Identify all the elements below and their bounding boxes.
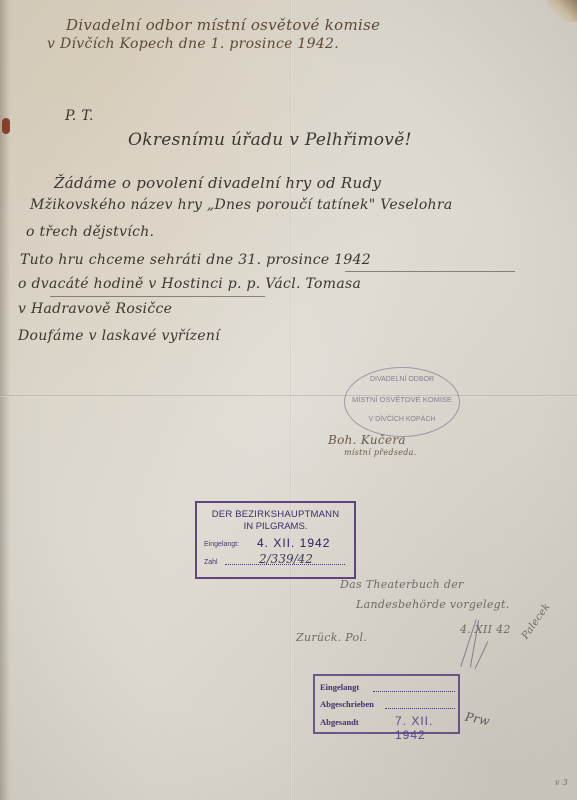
receipt-stamp-line-1: DER BEZIRKSHAUPTMANN (197, 509, 354, 520)
fold-line-horizontal (0, 395, 577, 397)
annotation-line-2: Landesbehörde vorgelegt. (356, 598, 510, 611)
closing-line: Doufáme v laskavé vyřízení (18, 328, 220, 344)
body-line-4: Tuto hru chceme sehráti dne 31. prosince… (20, 252, 371, 268)
salutation: P. T. (65, 108, 94, 124)
annotation-line-3-left: Zurück. Pol. (296, 631, 367, 644)
receipt-stamp-bezirkshauptmann: DER BEZIRKSHAUPTMANN IN PILGRAMS. Eingel… (195, 501, 356, 579)
received-date: 4. XII. 1942 (257, 536, 330, 550)
oval-stamp-line-2: MÍSTNÍ OSVĚTOVÉ KOMISE (345, 395, 459, 404)
dispatch-row-1-line (373, 691, 455, 692)
body-line-5: o dvacáté hodině v Hostinci p. p. Václ. … (18, 276, 361, 292)
dispatch-date: 7. XII. 1942 (395, 714, 458, 742)
annotation-line-1: Das Theaterbuch der (340, 578, 464, 591)
torn-corner (547, 0, 577, 22)
underline-hour (50, 296, 265, 297)
body-line-3: o třech dějstvích. (26, 224, 154, 240)
underline-date (345, 271, 515, 272)
dispatch-initials: Prw (464, 710, 491, 729)
body-line-2: Mžikovského název hry „Dnes poroučí tatí… (30, 197, 453, 213)
number-label: Zahl (204, 559, 218, 566)
signature-name: Boh. Kučera (328, 433, 406, 447)
rust-stain (2, 118, 10, 134)
oval-stamp-line-1: DIVADELNÍ ODBOR (345, 376, 459, 383)
oval-stamp-theatre-committee: DIVADELNÍ ODBOR MÍSTNÍ OSVĚTOVÉ KOMISE V… (344, 367, 460, 437)
annotation-signature: Palecek (520, 601, 553, 641)
header-line-2: v Dívčích Kopech dne 1. prosince 1942. (47, 36, 339, 52)
dispatch-row-2-line (385, 708, 455, 709)
body-line-4-text: Tuto hru chceme sehráti dne 31. prosince… (20, 252, 371, 268)
body-line-1: Žádáme o povolení divadelní hry od Rudy (54, 174, 381, 192)
fold-line-vertical (290, 0, 292, 800)
annotation-date: 4. XII 42 (460, 623, 511, 636)
dispatch-row-2-label: Abgeschrieben (320, 699, 374, 709)
addressee: Okresnímu úřadu v Pelhřimově! (128, 130, 412, 150)
receipt-stamp-line-2: IN PILGRAMS. (197, 521, 354, 532)
dispatch-stamp: Eingelangt Abgeschrieben Abgesandt 7. XI… (313, 674, 460, 734)
corner-mark: v 3 (555, 778, 568, 787)
dispatch-row-3-label: Abgesandt (320, 717, 359, 727)
oval-stamp-line-3: V DÍVČÍCH KOPÁCH (345, 416, 459, 423)
body-line-6: v Hadravově Rosičce (18, 301, 172, 317)
received-label: Eingelangt: (204, 541, 239, 548)
scribble-signature-stroke-3 (475, 641, 489, 669)
signature-title: místní předseda. (344, 448, 417, 457)
document-page: Divadelní odbor místní osvětové komise v… (0, 0, 577, 800)
header-line-1: Divadelní odbor místní osvětové komise (66, 16, 380, 34)
number-dotted-line (225, 564, 345, 565)
dispatch-row-1-label: Eingelangt (320, 682, 359, 692)
